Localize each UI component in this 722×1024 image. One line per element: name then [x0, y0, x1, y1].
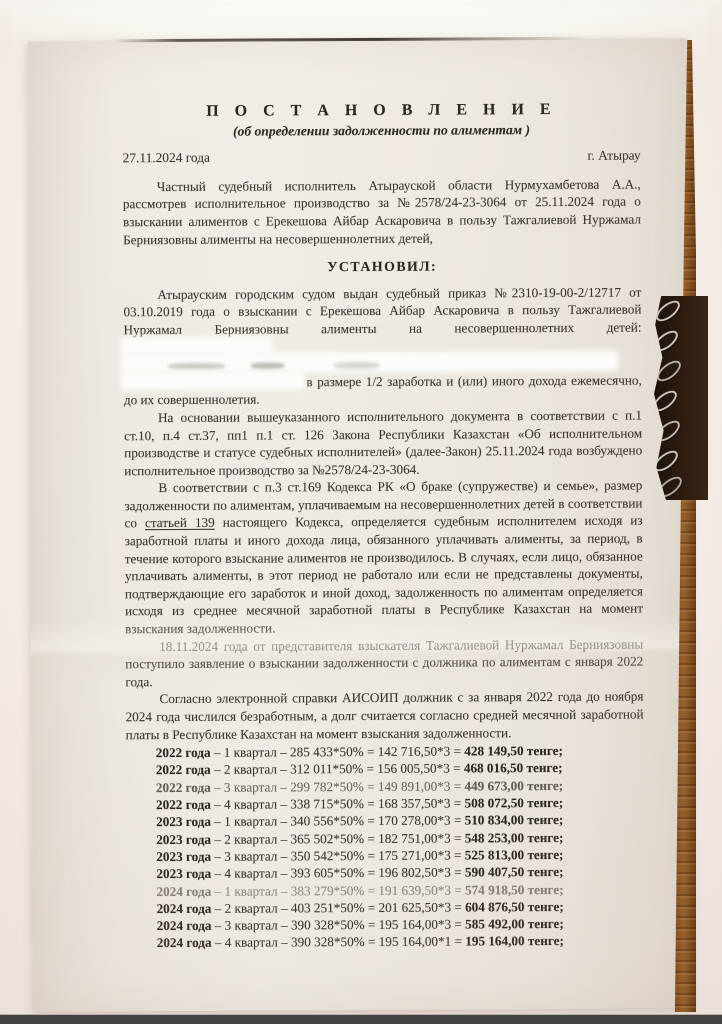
calc-year: 2023 года: [156, 831, 211, 846]
calc-total: 428 149,50 тенге;: [464, 743, 563, 759]
calc-total: 510 834,00 тенге;: [465, 812, 564, 828]
calc-year: 2023 года: [156, 814, 211, 829]
redaction-box: [124, 354, 616, 371]
calc-total: 449 673,00 тенге;: [464, 778, 563, 794]
calc-year: 2022 года: [156, 797, 211, 812]
calc-formula: – 2 квартал – 365 502*50% = 182 751,00*3…: [214, 830, 461, 846]
photo-bottom-edge: [0, 1014, 722, 1024]
code-provision-paragraph: В соответствии с п.3 ст.169 Кодекса РК «…: [124, 477, 643, 638]
calc-year: 2024 года: [156, 883, 211, 898]
document-title: П О С Т А Н О В Л Е Н И Е: [122, 101, 640, 121]
calc-total: 508 072,50 тенге;: [464, 795, 563, 811]
calc-year: 2024 года: [157, 935, 212, 950]
calc-total: 195 164,00 тенге;: [465, 933, 564, 949]
calc-total: 525 813,00 тенге;: [465, 847, 564, 863]
redaction-box: [124, 339, 270, 352]
calc-formula: – 4 квартал – 393 605*50% = 196 802,50*3…: [214, 865, 461, 881]
calc-formula: – 3 квартал – 350 542*50% = 175 271,00*3…: [214, 847, 461, 863]
calc-year: 2024 года: [157, 918, 212, 933]
document-photo: П О С Т А Н О В Л Е Н И Е (об определени…: [0, 0, 722, 1024]
document-page: П О С Т А Н О В Л Е Н И Е (об определени…: [28, 38, 691, 1011]
application-paragraph: 18.11.2024 года от представителя взыскат…: [125, 635, 643, 690]
calc-total: 548 253,00 тенге;: [465, 830, 564, 846]
intro-text: Частный судебный исполнитель Атырауской …: [123, 176, 641, 246]
calc-year: 2022 года: [156, 745, 211, 760]
document-city: г. Атырау: [587, 147, 640, 165]
calc-row: 2022 года – 3 квартал – 299 782*50% = 14…: [156, 776, 644, 796]
legal-basis-text: На основании вышеуказанного исполнительн…: [124, 407, 642, 477]
code-provision-post: настоящего Кодекса, определяется судебны…: [125, 513, 643, 636]
redaction-smudge: [168, 362, 226, 369]
code-provision-underlined: статьей 139: [145, 515, 215, 530]
calc-total: 604 876,50 тенге;: [465, 899, 564, 915]
calc-year: 2023 года: [156, 866, 211, 881]
calc-formula: – 3 квартал – 390 328*50% = 195 164,00*3…: [215, 917, 462, 933]
intro-paragraph: Частный судебный исполнитель Атырауской …: [123, 175, 641, 248]
calc-total: 574 918,50 тенге;: [465, 881, 564, 897]
calc-formula: – 4 квартал – 390 328*50% = 195 164,00*1…: [215, 934, 462, 950]
dateline: 27.11.2024 года г. Атырау: [123, 147, 641, 167]
document-content: П О С Т А Н О В Л Е Н И Е (об определени…: [28, 38, 691, 952]
court-order-text-before: Атырауским городским судом выдан судебны…: [123, 284, 641, 337]
calc-formula: – 4 квартал – 338 715*50% = 168 357,50*3…: [214, 796, 461, 812]
court-order-paragraph: Атырауским городским судом выдан судебны…: [123, 283, 642, 409]
calc-formula: – 1 квартал – 340 556*50% = 170 278,00*3…: [214, 813, 461, 829]
redaction-smudge: [334, 361, 380, 368]
document-date: 27.11.2024 года: [123, 149, 210, 167]
calc-year: 2022 года: [156, 780, 211, 795]
calc-formula: – 1 квартал – 285 433*50% = 142 716,50*3…: [214, 744, 461, 760]
calc-year: 2023 года: [156, 849, 211, 864]
calc-row: 2024 года – 4 квартал – 390 328*50% = 19…: [157, 932, 645, 952]
calc-total: 468 016,50 тенге;: [464, 760, 563, 776]
calc-year: 2022 года: [156, 762, 211, 777]
aisoip-text: Согласно электронной справки АИСОИП долж…: [126, 689, 644, 742]
aisoip-paragraph: Согласно электронной справки АИСОИП долж…: [125, 688, 643, 743]
calc-formula: – 3 квартал – 299 782*50% = 149 891,00*3…: [214, 778, 461, 794]
document-subtitle: (об определении задолженности по алимент…: [122, 120, 640, 140]
established-heading: УСТАНОВИЛ:: [123, 257, 641, 277]
legal-basis-paragraph: На основании вышеуказанного исполнительн…: [124, 406, 642, 479]
application-text: 18.11.2024 года от представителя взыскат…: [125, 636, 643, 689]
calc-row: 2024 года – 1 квартал – 383 279*50% = 19…: [156, 880, 644, 900]
calc-formula: – 2 квартал – 312 011*50% = 156 005,50*3…: [214, 761, 461, 777]
redaction-smudge: [251, 362, 285, 369]
spiral-notebook-edge: [648, 296, 708, 500]
calc-formula: – 2 квартал – 403 251*50% = 201 625,50*3…: [215, 899, 462, 915]
calc-year: 2024 года: [157, 901, 212, 916]
calc-formula: – 1 квартал – 383 279*50% = 191 639,50*3…: [215, 882, 462, 898]
calc-total: 590 407,50 тенге;: [465, 864, 564, 880]
redaction-box: [124, 374, 302, 387]
calc-total: 585 492,00 тенге;: [465, 916, 564, 932]
calculation-list: 2022 года – 1 квартал – 285 433*50% = 14…: [126, 742, 645, 952]
